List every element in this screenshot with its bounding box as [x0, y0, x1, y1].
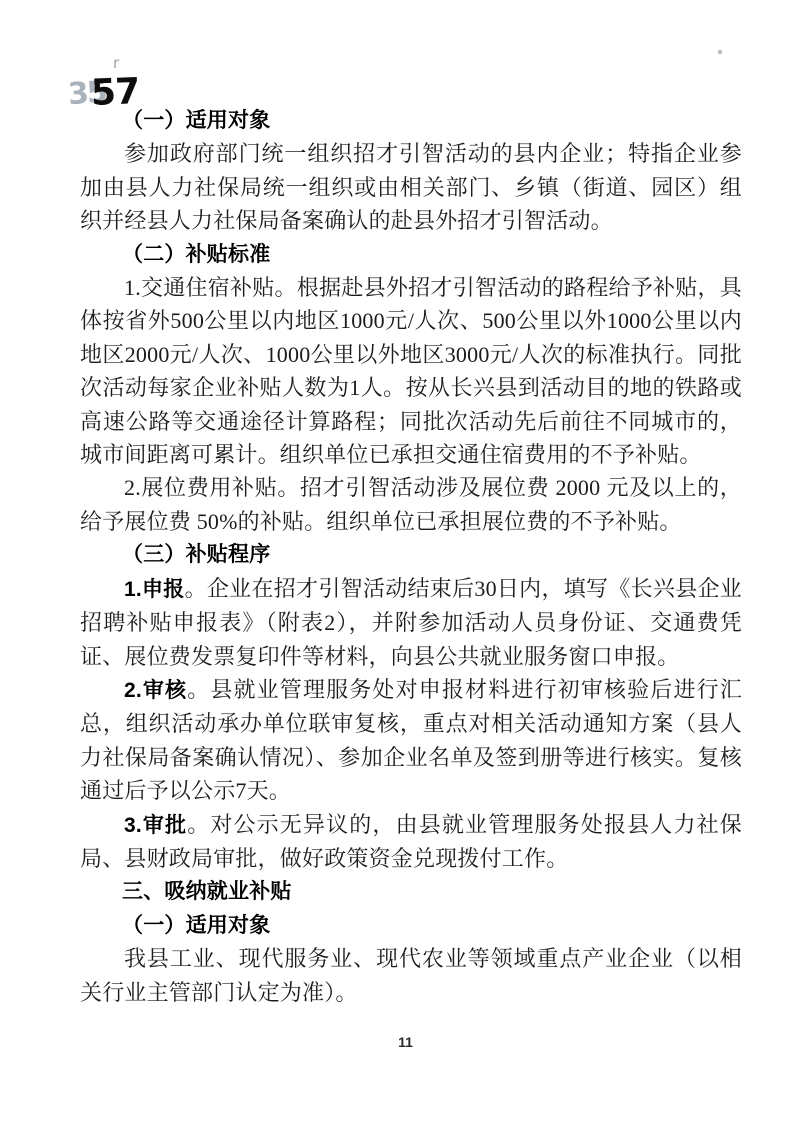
- page-number: 11: [0, 1034, 811, 1050]
- paragraph: 3.审批。对公示无异议的，由县就业管理服务处报县人力社保局、县财政局审批，做好政…: [80, 808, 742, 876]
- paragraph-separator: 。: [187, 677, 210, 702]
- paragraph: 2.展位费用补贴。招才引智活动涉及展位费 2000 元及以上的，给予展位费 50…: [80, 471, 742, 538]
- paragraph: 我县工业、现代服务业、现代农业等领域重点产业企业（以相关行业主管部门认定为准）。: [80, 942, 742, 1009]
- scanned-document-page: 35 57 r （一）适用对象 参加政府部门统一组织招才引智活动的县内企业；特指…: [0, 0, 811, 1135]
- paragraph: 1.申报。企业在招才引智活动结束后30日内，填写《长兴县企业招聘补贴申报表》（附…: [80, 572, 742, 673]
- paragraph-lead: 3.审批: [124, 814, 187, 837]
- paragraph-separator: 。: [185, 576, 207, 601]
- section-heading: （一）适用对象: [80, 104, 742, 137]
- paragraph-lead: 2.审核: [124, 679, 187, 702]
- section-heading: 三、吸纳就业补贴: [80, 875, 742, 908]
- paragraph: 1.交通住宿补贴。根据赴县外招才引智活动的路程给予补贴，具体按省外500公里以内…: [80, 271, 742, 471]
- scan-artifact-speck: [718, 50, 722, 54]
- section-heading: （三）补贴程序: [80, 538, 742, 571]
- section-heading: （一）适用对象: [80, 909, 742, 942]
- paragraph: 2.审核。县就业管理服务处对申报材料进行初审核验后进行汇总，组织活动承办单位联审…: [80, 673, 742, 808]
- pen-tick-mark: r: [113, 54, 119, 72]
- document-body: （一）适用对象 参加政府部门统一组织招才引智活动的县内企业；特指企业参加由县人力…: [80, 104, 742, 1009]
- paragraph: 参加政府部门统一组织招才引智活动的县内企业；特指企业参加由县人力社保局统一组织或…: [80, 137, 742, 237]
- paragraph-lead: 1.申报: [124, 578, 185, 601]
- section-heading: （二）补贴标准: [80, 238, 742, 271]
- paragraph-separator: 。: [187, 812, 210, 837]
